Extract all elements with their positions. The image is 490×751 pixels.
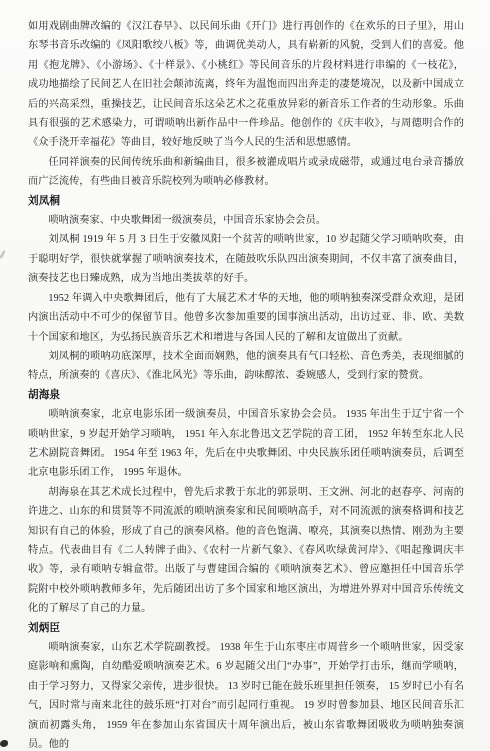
scan-artifact-smudge [0, 250, 6, 259]
section-heading-liu-fengtong: 刘凤桐 [28, 192, 464, 211]
paragraph-liu-fengtong-titles: 唢呐演奏家、中央歌舞团一级演奏员，中国音乐家协会会员。 [28, 211, 464, 230]
section-heading-liu-bingchen: 刘炳臣 [28, 619, 464, 638]
paragraph-renqitang-recordings: 任同祥演奏的民间传统乐曲和新编曲目，很多被灌成唱片或录成磁带，或通过电台录音播放… [28, 153, 464, 192]
scanned-document-page: 如用戏剧曲牌改编的《汉江春早》、以民间乐曲《开门》进行再创作的《在欢乐的日子里》… [0, 0, 490, 751]
paragraph-hu-haiquan-career: 唢呐演奏家，北京电影乐团一级演奏员，中国音乐家协会会员。 1935 年出生于辽宁… [28, 405, 464, 483]
paragraph-liu-fengtong-style: 刘凤桐的唢呐功底深厚，技术全面而娴熟，他的演奏具有气口轻松、音色秀美，表现细腻的… [28, 347, 464, 386]
scan-artifact-speck [0, 740, 8, 747]
paragraph-renqitang-works-continuation: 如用戏剧曲牌改编的《汉江春早》、以民间乐曲《开门》进行再创作的《在欢乐的日子里》… [28, 17, 464, 153]
paragraph-hu-haiquan-style-works: 胡海泉在其艺术成长过程中，曾先后求教于东北的郭景明、王文洲、河北的赵春亭、河南的… [28, 483, 464, 619]
paragraph-liu-fengtong-early-life: 刘凤桐 1919 年 5 月 3 日生于安徽凤阳一个贫苦的唢呐世家，10 岁起随… [28, 230, 464, 288]
paragraph-liu-bingchen-early-life: 唢呐演奏家，山东艺术学院副教授。 1938 年生于山东枣庄市周营乡一个唢呐世家，… [28, 638, 464, 751]
section-heading-hu-haiquan: 胡海泉 [28, 386, 464, 405]
paragraph-liu-fengtong-career: 1952 年调入中央歌舞团后，他有了大展艺术才华的天地，他的唢呐独奏深受群众欢迎… [28, 289, 464, 347]
